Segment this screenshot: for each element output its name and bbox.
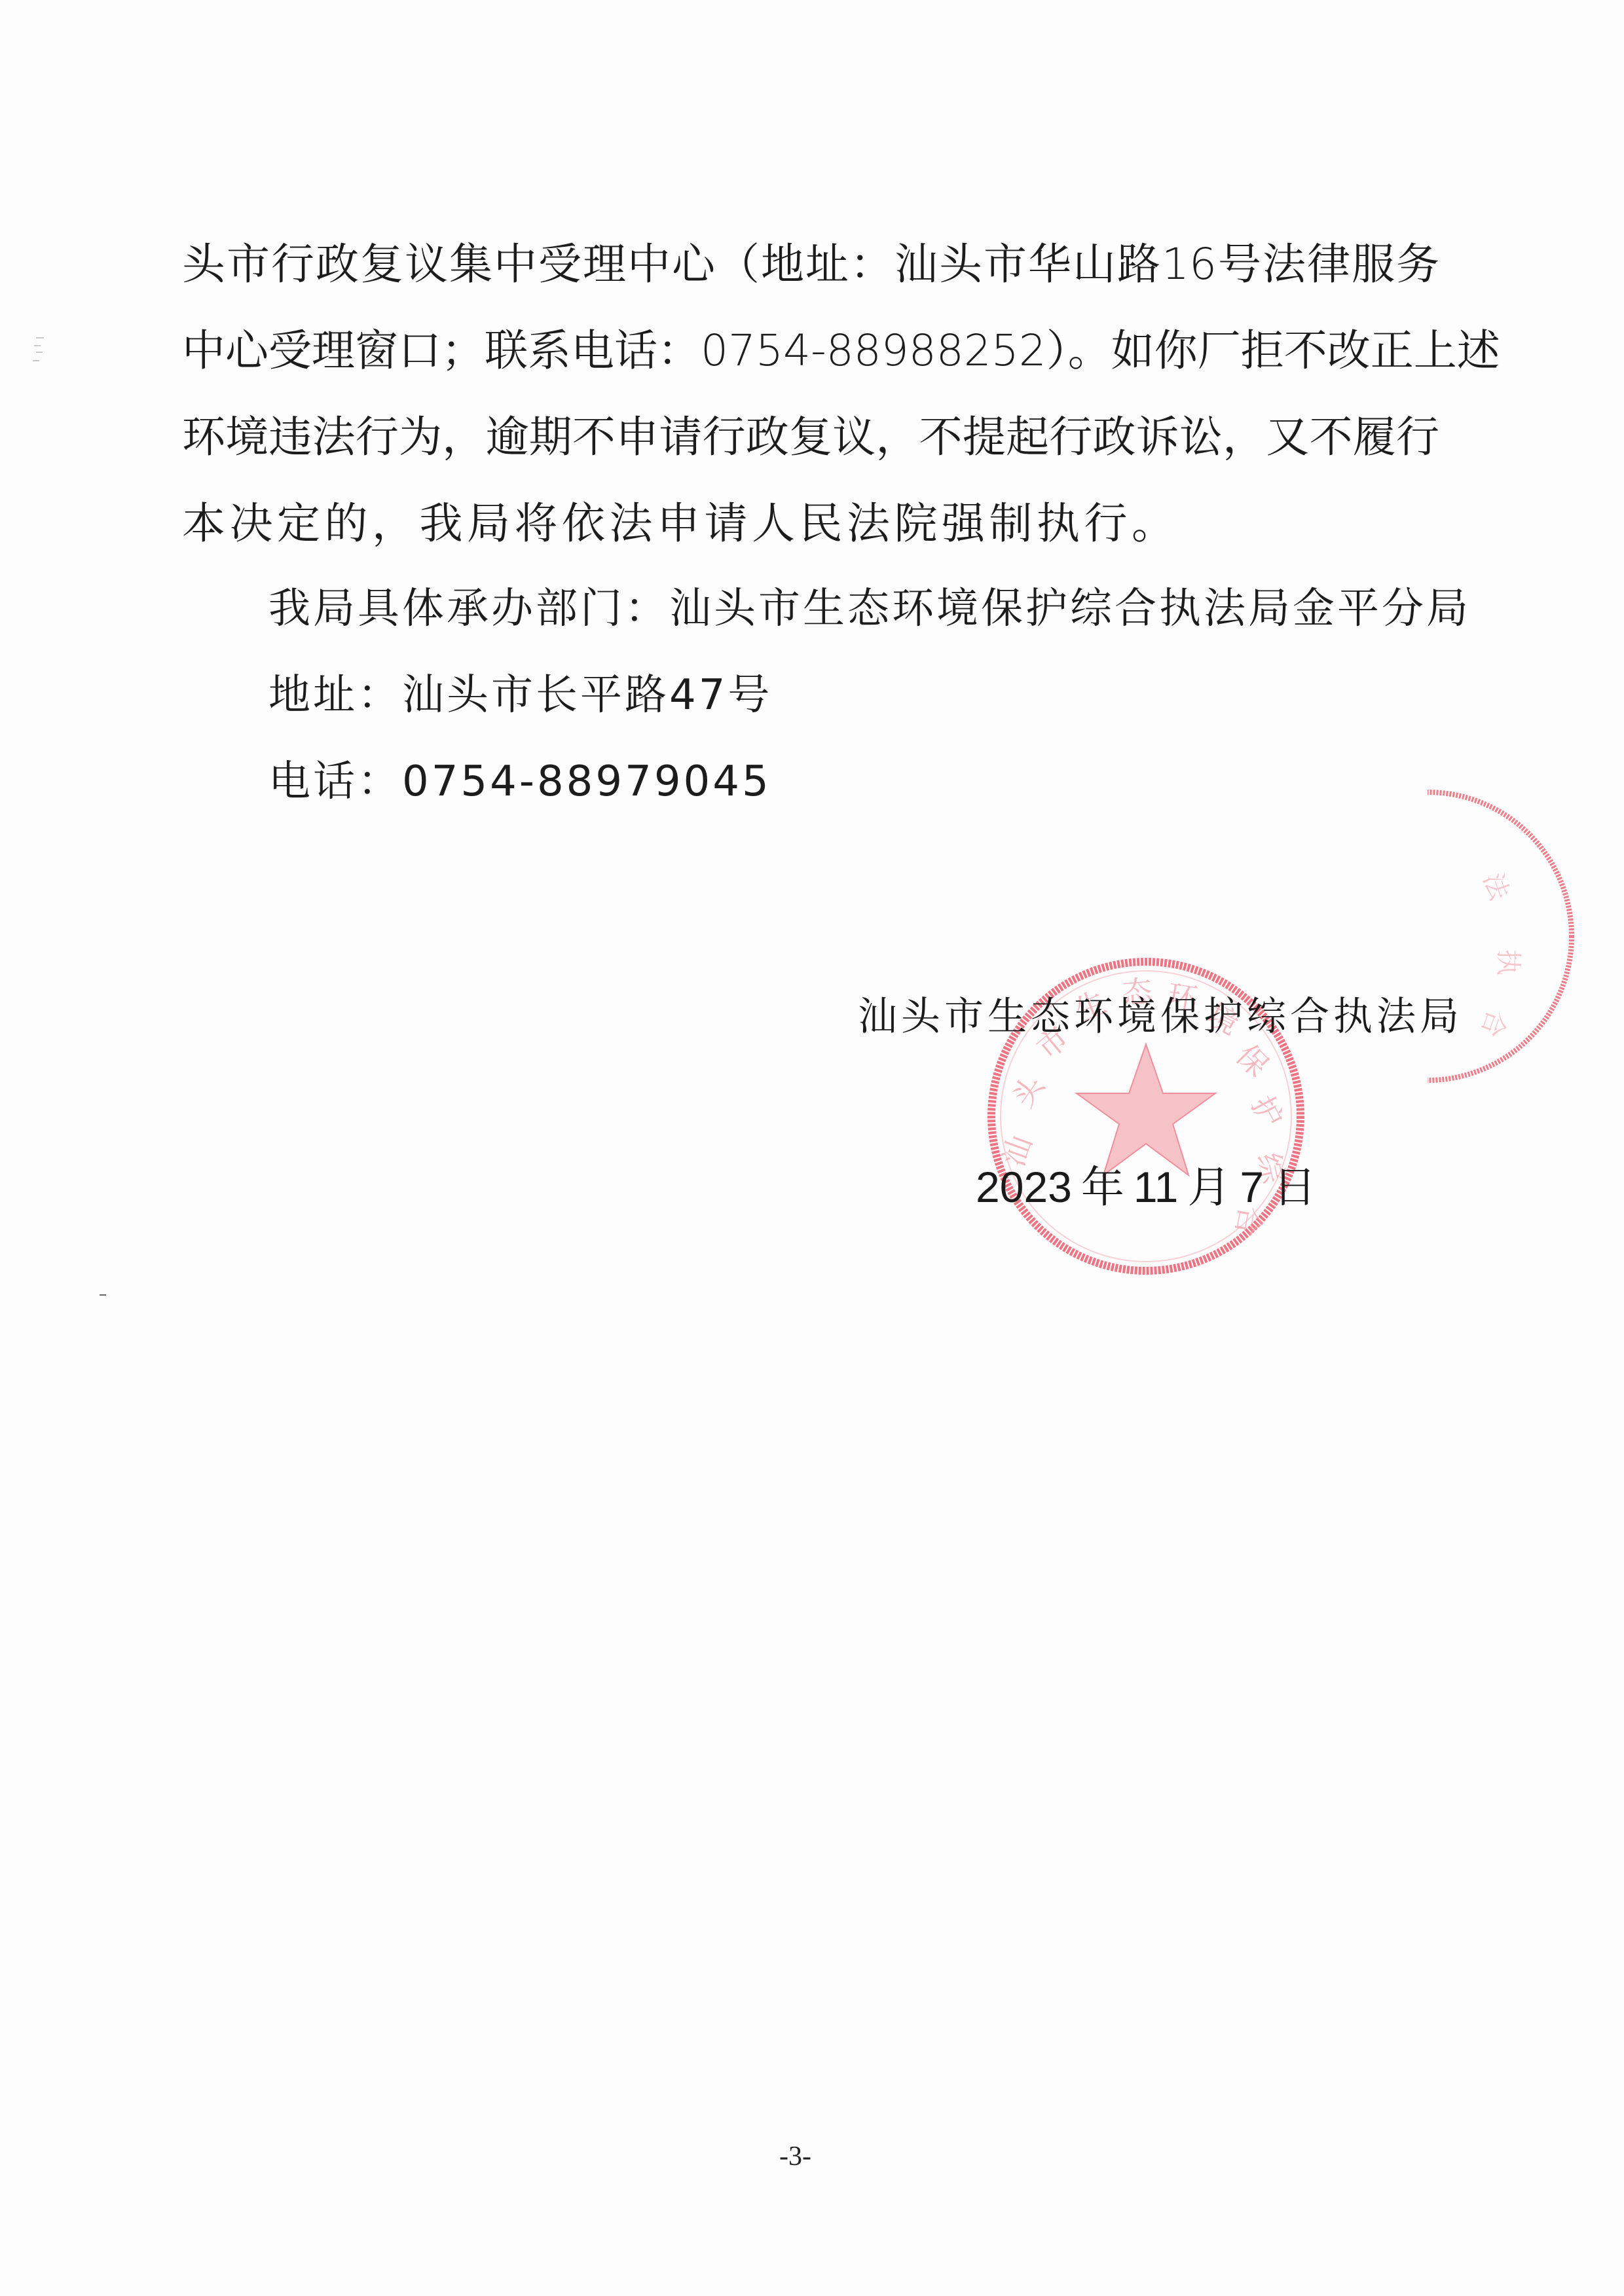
department-line: 我局具体承办部门：汕头市生态环境保护综合执法局金平分局 (268, 566, 1471, 652)
date-year-unit: 年 (1081, 1163, 1124, 1211)
document-page: 头市行政复议集中受理中心（地址：汕头市华山路16号法律服务 中心受理窗口；联系电… (0, 0, 1624, 2296)
svg-text:法: 法 (1477, 869, 1515, 905)
partial-seal-icon: 法 执 合 (1428, 786, 1585, 1087)
scan-mark (33, 360, 39, 361)
paragraph-line: 本决定的，我局将依法申请人民法院强制执行。 (182, 481, 1439, 567)
svg-text:头: 头 (1005, 1068, 1052, 1114)
paragraph-line: 中心受理窗口；联系电话：0754-88988252）。如你厂拒不改正上述 (182, 308, 1439, 394)
svg-text:执: 执 (1493, 949, 1523, 975)
phone-line: 电话：0754-88979045 (268, 738, 1471, 825)
scan-mark (34, 345, 41, 346)
date-day-unit: 日 (1273, 1163, 1316, 1211)
contact-info: 我局具体承办部门：汕头市生态环境保护综合执法局金平分局 地址：汕头市长平路47号… (268, 566, 1471, 825)
paragraph-line: 头市行政复议集中受理中心（地址：汕头市华山路16号法律服务 (182, 221, 1439, 308)
date-year: 2023 (976, 1163, 1072, 1211)
body-paragraph: 头市行政复议集中受理中心（地址：汕头市华山路16号法律服务 中心受理窗口；联系电… (182, 221, 1439, 567)
page-number: -3- (779, 2141, 811, 2172)
svg-text:合: 合 (1475, 1006, 1512, 1041)
date-month-unit: 月 (1187, 1163, 1230, 1211)
date-month: 11 (1134, 1163, 1179, 1211)
issuing-authority: 汕头市生态环境保护综合执法局 (858, 985, 1463, 1042)
issue-date: 2023年11月7日 (976, 1152, 1325, 1214)
paragraph-line: 环境违法行为，逾期不申请行政复议，不提起行政诉讼，又不履行 (182, 394, 1439, 481)
date-day: 7 (1240, 1163, 1264, 1211)
scan-mark (100, 1294, 106, 1296)
scan-mark (36, 352, 43, 353)
scan-mark (36, 337, 44, 338)
address-line: 地址：汕头市长平路47号 (268, 652, 1471, 738)
svg-text:保: 保 (1229, 1038, 1276, 1084)
svg-text:护: 护 (1244, 1090, 1289, 1133)
